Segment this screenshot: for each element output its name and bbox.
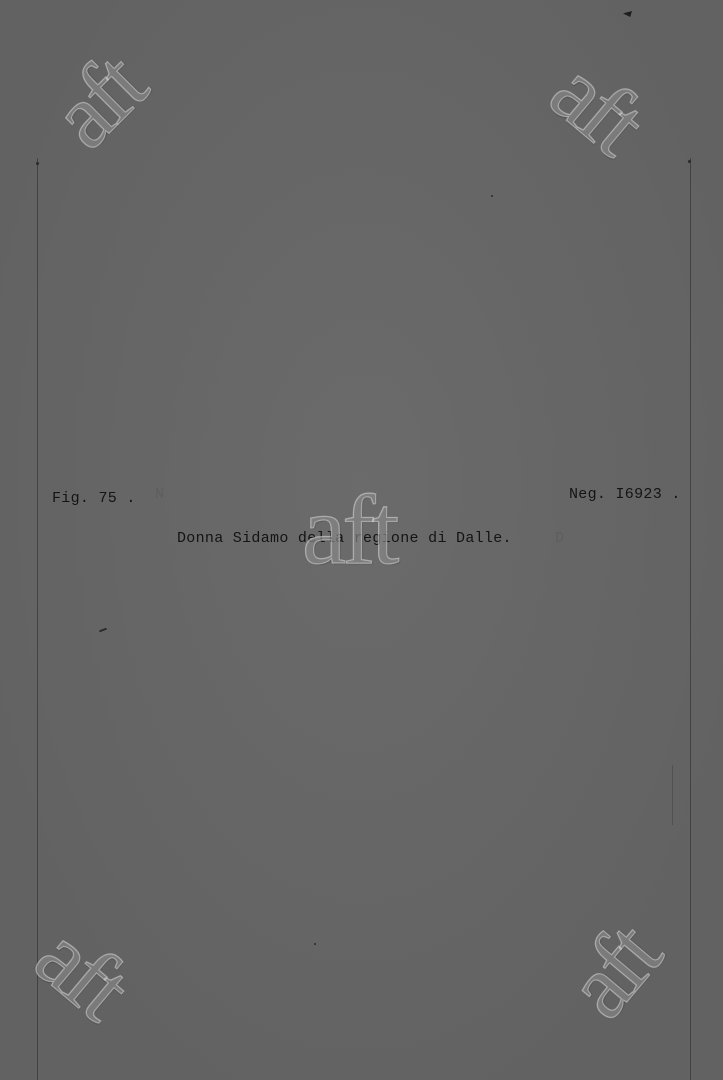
dust-speck <box>491 195 493 197</box>
paper-edge-left <box>37 158 38 1080</box>
dust-speck <box>314 943 316 945</box>
scratch <box>672 765 673 825</box>
watermark-bottom-right: aft <box>550 909 675 1033</box>
watermark-bottom-left: aft <box>20 908 144 1033</box>
scanned-card: N D Fig. 75 . Neg. I6923 . Donna Sidamo … <box>0 0 723 1080</box>
watermark-top-right: aft <box>535 43 659 168</box>
corner-mark <box>623 11 632 17</box>
bleed-through-text: N <box>155 486 164 503</box>
negative-number: Neg. I6923 . <box>569 486 681 503</box>
watermark-center: aft <box>302 480 395 580</box>
dust-speck <box>36 162 39 165</box>
dust-speck <box>688 160 691 163</box>
figure-number: Fig. 75 . <box>52 490 136 507</box>
paper-edge-right <box>690 158 691 1080</box>
watermark-top-left: aft <box>35 38 160 163</box>
bleed-through-text: D <box>555 530 564 547</box>
dust-speck <box>99 628 107 633</box>
